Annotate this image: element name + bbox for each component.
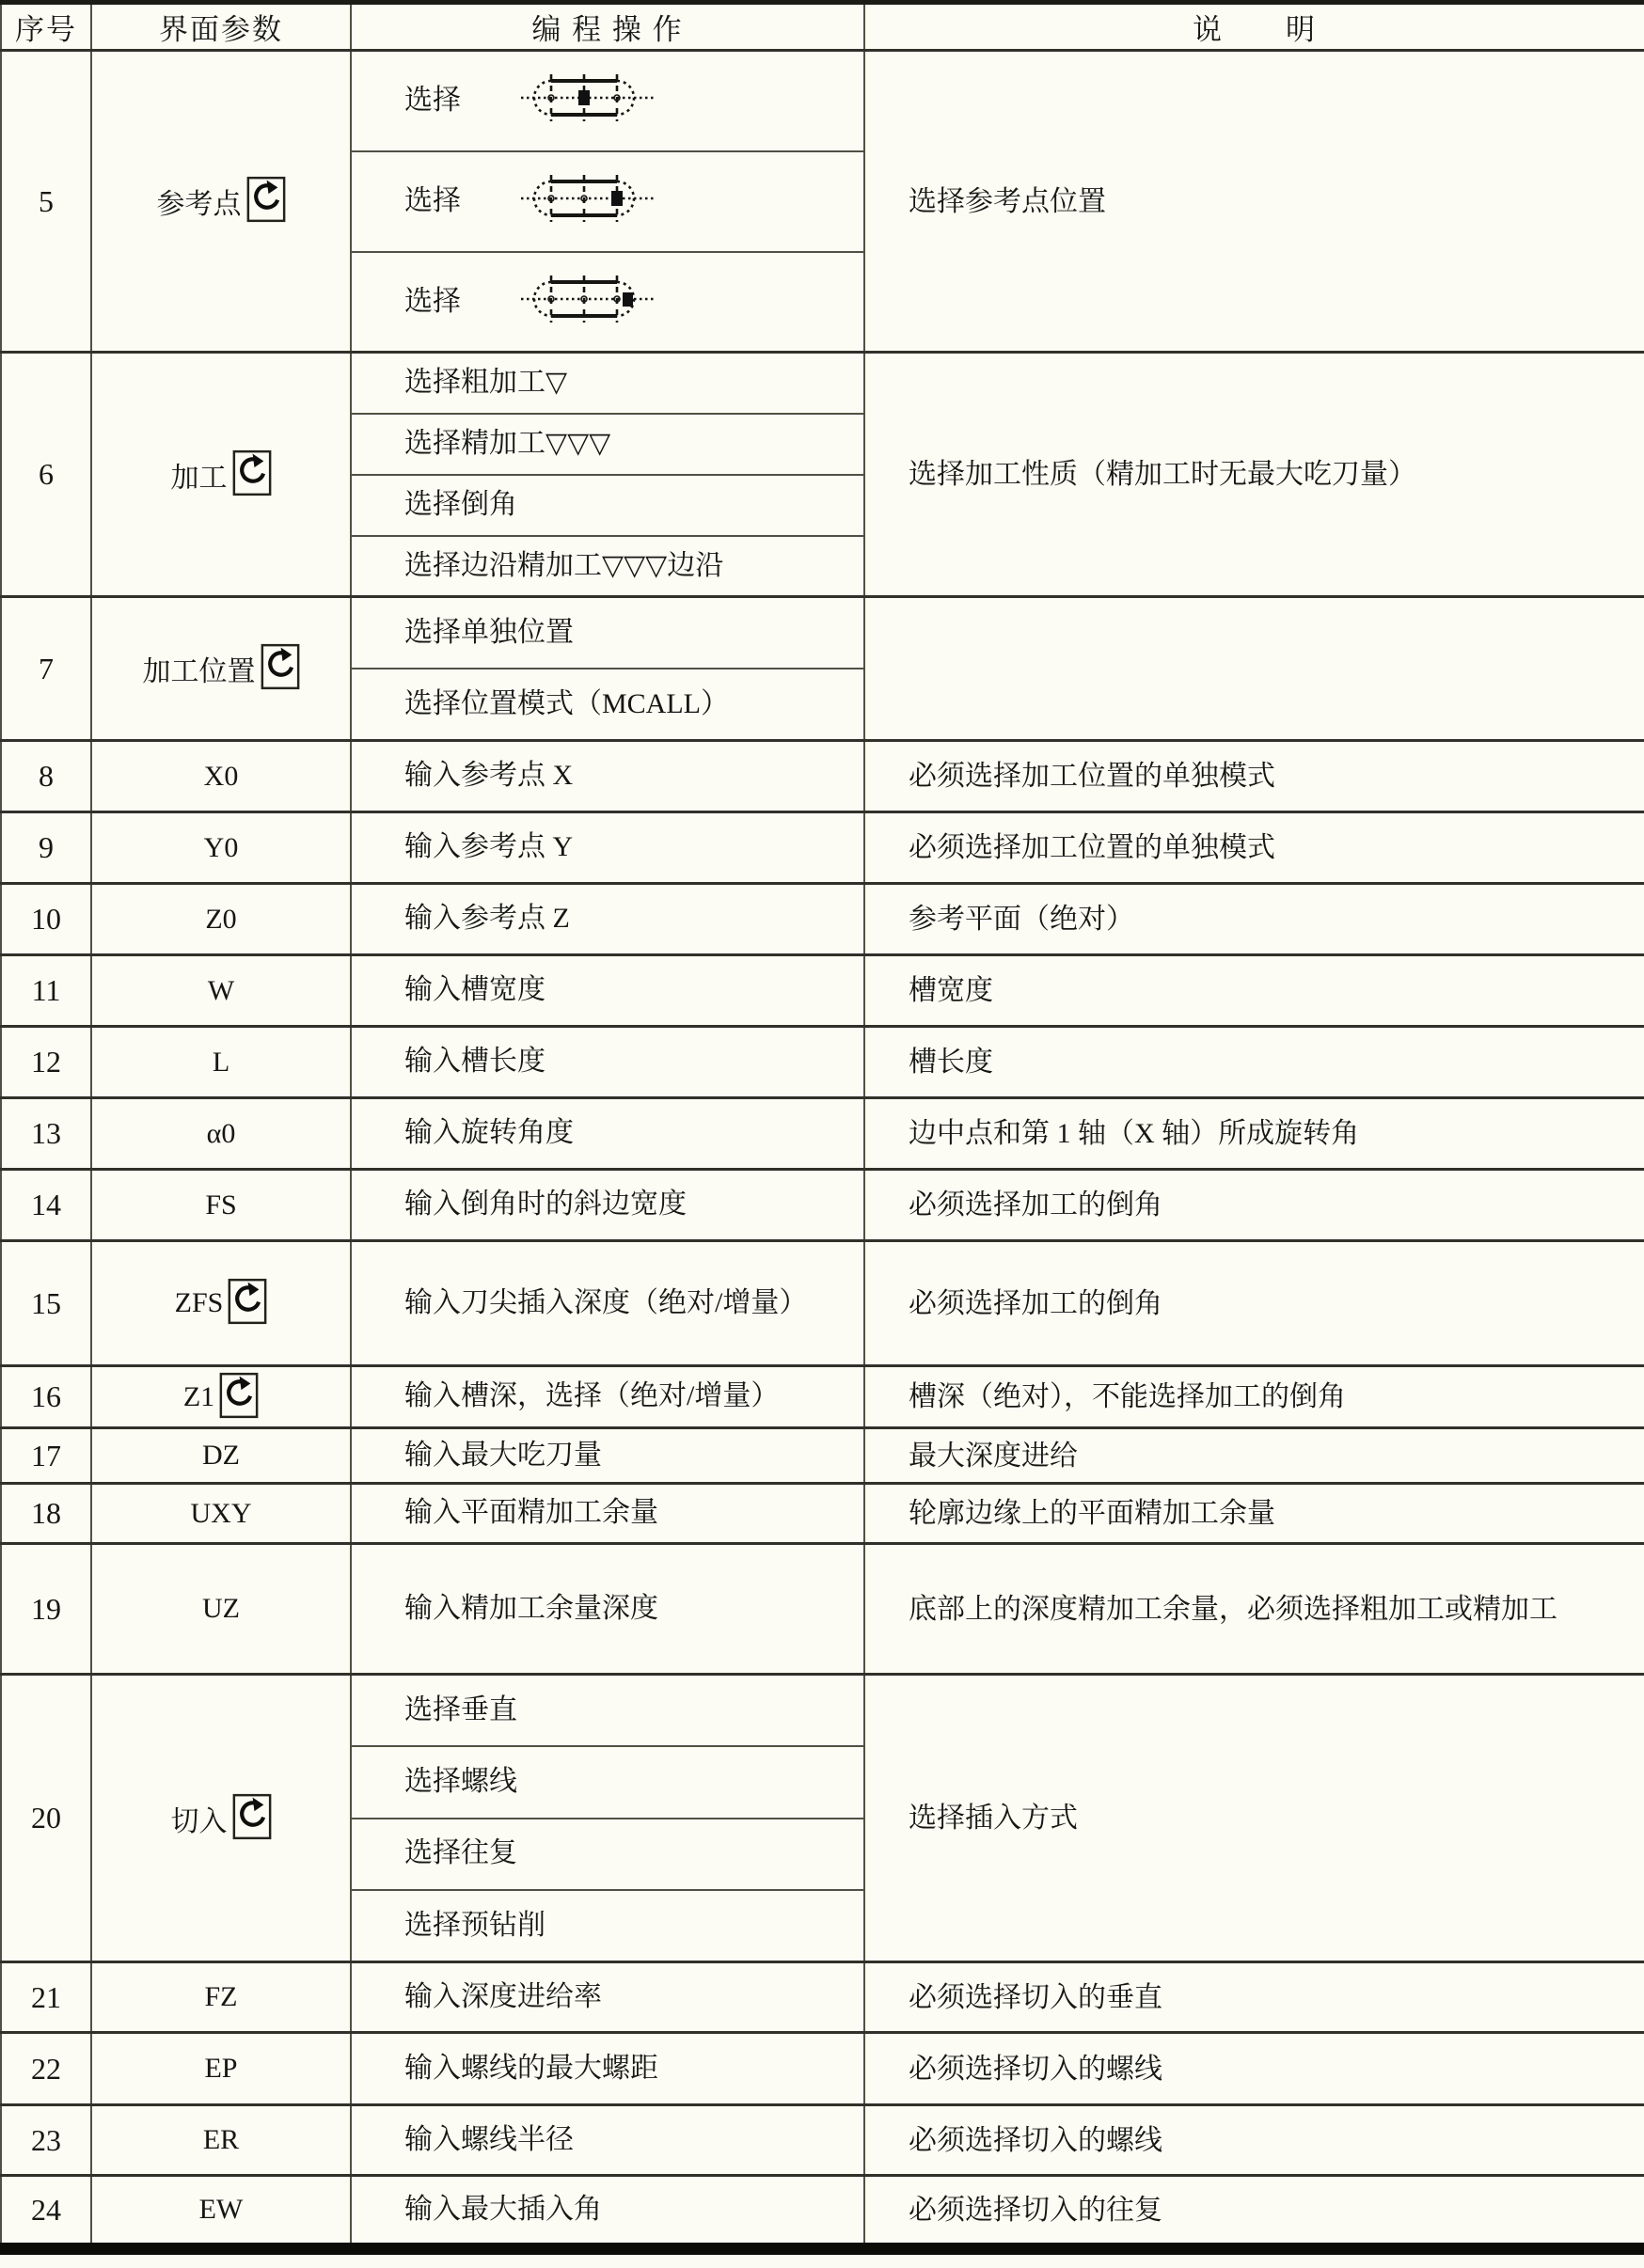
row-desc: 选择参考点位置 — [864, 51, 1644, 353]
row-op: 输入槽宽度 — [351, 955, 864, 1027]
cycle-toggle-icon — [232, 449, 272, 496]
row-desc: 底部上的深度精加工余量，必须选择粗加工或精加工 — [864, 1544, 1644, 1675]
slot-ref-center-icon — [519, 73, 660, 122]
table-row: 18 UXY 输入平面精加工余量 轮廓边缘上的平面精加工余量 — [1, 1484, 1644, 1544]
col-header-no: 序号 — [1, 3, 91, 51]
param-label: 加工 — [171, 463, 228, 494]
row-param: W — [91, 955, 351, 1027]
row-no: 12 — [1, 1027, 91, 1098]
row-desc: 轮廓边缘上的平面精加工余量 — [864, 1484, 1644, 1544]
row-desc: 必须选择加工位置的单独模式 — [864, 741, 1644, 812]
row-no: 22 — [1, 2033, 91, 2105]
cycle-toggle-icon — [246, 176, 286, 223]
op-label: 选择 — [404, 286, 461, 317]
slot-ref-end-icon — [519, 275, 660, 323]
row-no: 7 — [1, 597, 91, 741]
col-header-param: 界面参数 — [91, 3, 351, 51]
table-row: 16 Z1 输入槽深，选择（绝对/增量） 槽深（绝对），不能选择加工的倒角 — [1, 1366, 1644, 1428]
row-desc: 选择插入方式 — [864, 1675, 1644, 1962]
table-row: 14 FS 输入倒角时的斜边宽度 必须选择加工的倒角 — [1, 1170, 1644, 1241]
table-row: 12 L 输入槽长度 槽长度 — [1, 1027, 1644, 1098]
row-no: 20 — [1, 1675, 91, 1962]
row-op: 输入参考点 X — [351, 741, 864, 812]
row-param: L — [91, 1027, 351, 1098]
row-param: X0 — [91, 741, 351, 812]
row-param: DZ — [91, 1428, 351, 1484]
param-label: 加工位置 — [143, 656, 256, 687]
col-header-desc: 说 明 — [864, 3, 1644, 51]
table-row: 7 加工位置 选择单独位置 — [1, 597, 1644, 669]
table-row: 20 切入 选择垂直 选择插入方式 — [1, 1675, 1644, 1746]
row-desc: 必须选择切入的垂直 — [864, 1962, 1644, 2033]
row-param: UXY — [91, 1484, 351, 1544]
row-param: 加工 — [91, 353, 351, 597]
row-op: 选择 — [351, 151, 864, 252]
table-row: 24 EW 输入最大插入角 必须选择切入的往复 — [1, 2176, 1644, 2249]
row-desc: 槽长度 — [864, 1027, 1644, 1098]
col-header-op: 编 程 操 作 — [351, 3, 864, 51]
row-op: 选择倒角 — [351, 475, 864, 536]
table-row: 5 参考点 选择 选择参考点位置 — [1, 51, 1644, 151]
row-op: 输入平面精加工余量 — [351, 1484, 864, 1544]
cycle-toggle-icon — [219, 1372, 259, 1419]
row-op: 选择垂直 — [351, 1675, 864, 1746]
row-op: 输入刀尖插入深度（绝对/增量） — [351, 1241, 864, 1366]
row-param: Z1 — [91, 1366, 351, 1428]
row-param: EP — [91, 2033, 351, 2105]
row-no: 13 — [1, 1098, 91, 1170]
row-no: 23 — [1, 2105, 91, 2176]
op-label: 选择 — [404, 85, 461, 116]
table-row: 15 ZFS 输入刀尖插入深度（绝对/增量） 必须选择加工的倒角 — [1, 1241, 1644, 1366]
row-op: 选择 — [351, 252, 864, 353]
manual-page: 序号 界面参数 编 程 操 作 说 明 5 参考点 选择 选择参考点位置 选择 … — [0, 0, 1644, 2268]
row-no: 19 — [1, 1544, 91, 1675]
row-op: 输入参考点 Y — [351, 812, 864, 884]
row-param: Z0 — [91, 884, 351, 955]
row-desc: 槽宽度 — [864, 955, 1644, 1027]
row-desc — [864, 597, 1644, 741]
row-op: 输入最大插入角 — [351, 2176, 864, 2249]
row-param: FZ — [91, 1962, 351, 2033]
row-desc: 槽深（绝对），不能选择加工的倒角 — [864, 1366, 1644, 1428]
row-desc: 边中点和第 1 轴（X 轴）所成旋转角 — [864, 1098, 1644, 1170]
row-op: 输入精加工余量深度 — [351, 1544, 864, 1675]
row-op: 输入参考点 Z — [351, 884, 864, 955]
row-param: FS — [91, 1170, 351, 1241]
row-no: 18 — [1, 1484, 91, 1544]
row-no: 17 — [1, 1428, 91, 1484]
row-param: 切入 — [91, 1675, 351, 1962]
table-row: 10 Z0 输入参考点 Z 参考平面（绝对） — [1, 884, 1644, 955]
row-op: 选择螺线 — [351, 1746, 864, 1819]
row-desc: 必须选择切入的螺线 — [864, 2105, 1644, 2176]
op-label: 选择 — [404, 185, 461, 216]
table-row: 22 EP 输入螺线的最大螺距 必须选择切入的螺线 — [1, 2033, 1644, 2105]
cycle-toggle-icon — [261, 643, 300, 690]
row-param: ZFS — [91, 1241, 351, 1366]
table-row: 19 UZ 输入精加工余量深度 底部上的深度精加工余量，必须选择粗加工或精加工 — [1, 1544, 1644, 1675]
table-row: 11 W 输入槽宽度 槽宽度 — [1, 955, 1644, 1027]
row-no: 15 — [1, 1241, 91, 1366]
row-no: 8 — [1, 741, 91, 812]
row-desc: 参考平面（绝对） — [864, 884, 1644, 955]
row-no: 10 — [1, 884, 91, 955]
row-op: 选择往复 — [351, 1819, 864, 1890]
row-desc: 必须选择切入的螺线 — [864, 2033, 1644, 2105]
param-label: 切入 — [171, 1806, 228, 1837]
row-op: 输入槽深，选择（绝对/增量） — [351, 1366, 864, 1428]
slot-ref-right-icon — [519, 174, 660, 223]
row-param: EW — [91, 2176, 351, 2249]
row-op: 选择精加工▽▽▽ — [351, 414, 864, 475]
table-row: 21 FZ 输入深度进给率 必须选择切入的垂直 — [1, 1962, 1644, 2033]
row-op: 输入螺线半径 — [351, 2105, 864, 2176]
row-op: 输入倒角时的斜边宽度 — [351, 1170, 864, 1241]
row-op: 选择单独位置 — [351, 597, 864, 669]
row-desc: 必须选择加工的倒角 — [864, 1170, 1644, 1241]
row-param: Y0 — [91, 812, 351, 884]
row-op: 输入螺线的最大螺距 — [351, 2033, 864, 2105]
row-op: 输入槽长度 — [351, 1027, 864, 1098]
cycle-toggle-icon — [228, 1278, 267, 1325]
row-no: 11 — [1, 955, 91, 1027]
row-param: ER — [91, 2105, 351, 2176]
row-no: 16 — [1, 1366, 91, 1428]
row-param: 参考点 — [91, 51, 351, 353]
header-row: 序号 界面参数 编 程 操 作 说 明 — [1, 3, 1644, 51]
row-param: 加工位置 — [91, 597, 351, 741]
table-row: 13 α0 输入旋转角度 边中点和第 1 轴（X 轴）所成旋转角 — [1, 1098, 1644, 1170]
table-row: 9 Y0 输入参考点 Y 必须选择加工位置的单独模式 — [1, 812, 1644, 884]
param-label: 参考点 — [157, 189, 242, 220]
table-row: 17 DZ 输入最大吃刀量 最大深度进给 — [1, 1428, 1644, 1484]
row-desc: 选择加工性质（精加工时无最大吃刀量） — [864, 353, 1644, 597]
cycle-toggle-icon — [232, 1793, 272, 1840]
row-op: 选择 — [351, 51, 864, 151]
row-desc: 必须选择切入的往复 — [864, 2176, 1644, 2249]
row-desc: 最大深度进给 — [864, 1428, 1644, 1484]
row-op: 选择粗加工▽ — [351, 353, 864, 414]
row-param: α0 — [91, 1098, 351, 1170]
row-op: 输入深度进给率 — [351, 1962, 864, 2033]
table-row: 6 加工 选择粗加工▽ 选择加工性质（精加工时无最大吃刀量） — [1, 353, 1644, 414]
row-no: 21 — [1, 1962, 91, 2033]
row-no: 5 — [1, 51, 91, 353]
row-op: 输入最大吃刀量 — [351, 1428, 864, 1484]
row-op: 输入旋转角度 — [351, 1098, 864, 1170]
table-row: 23 ER 输入螺线半径 必须选择切入的螺线 — [1, 2105, 1644, 2176]
row-op: 选择预钻削 — [351, 1890, 864, 1962]
row-desc: 必须选择加工的倒角 — [864, 1241, 1644, 1366]
row-no: 6 — [1, 353, 91, 597]
row-param: UZ — [91, 1544, 351, 1675]
row-op: 选择位置模式（MCALL） — [351, 669, 864, 741]
row-no: 24 — [1, 2176, 91, 2249]
table-row: 8 X0 输入参考点 X 必须选择加工位置的单独模式 — [1, 741, 1644, 812]
row-no: 9 — [1, 812, 91, 884]
row-no: 14 — [1, 1170, 91, 1241]
row-desc: 必须选择加工位置的单独模式 — [864, 812, 1644, 884]
param-label: Z1 — [183, 1381, 214, 1412]
row-op: 选择边沿精加工▽▽▽边沿 — [351, 536, 864, 597]
parameter-table: 序号 界面参数 编 程 操 作 说 明 5 参考点 选择 选择参考点位置 选择 … — [0, 0, 1644, 2255]
param-label: ZFS — [175, 1287, 224, 1318]
